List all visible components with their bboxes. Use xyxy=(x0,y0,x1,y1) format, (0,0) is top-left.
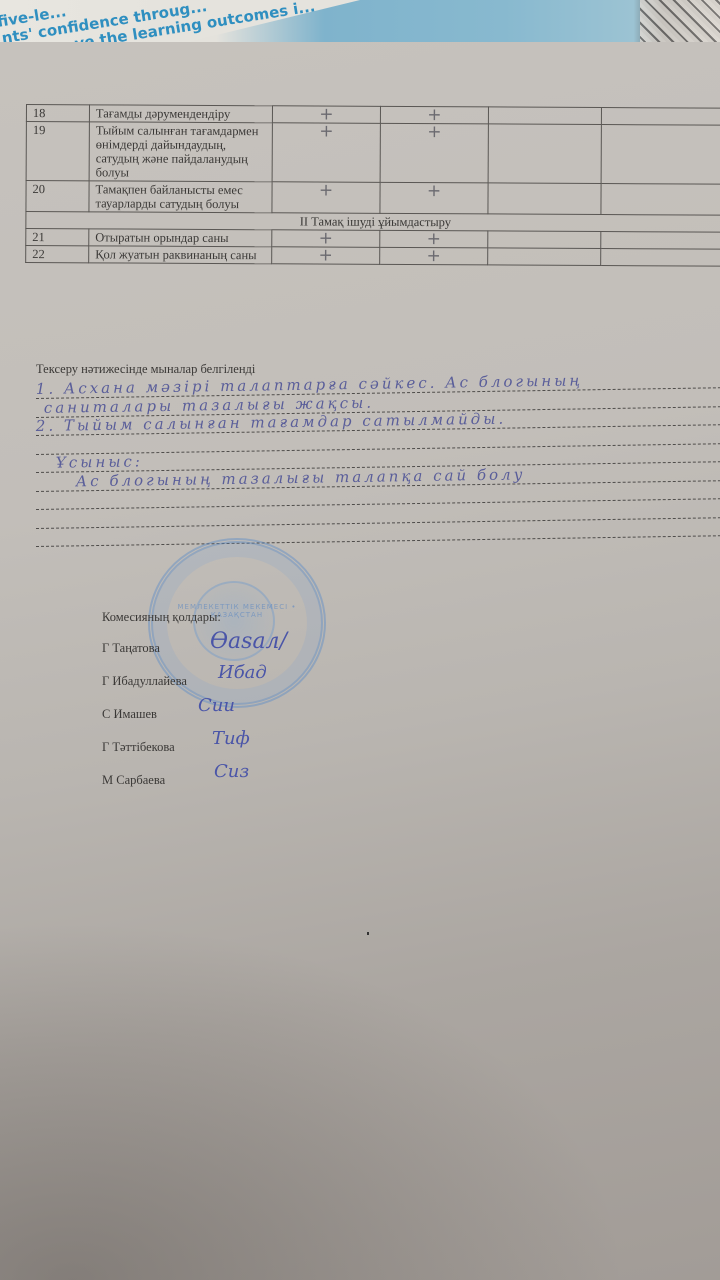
findings-lines: 1. Асхана мәзірі талаптарға сәйкес. Ас б… xyxy=(36,380,720,547)
signer-name: Г Ибадуллайева xyxy=(102,674,187,688)
table-row: 22 Қол жуатын раквинаның саны + + xyxy=(26,246,720,267)
shadow xyxy=(0,860,720,1280)
handwritten-text: Ұсыныс: xyxy=(56,452,143,471)
table-row: 20 Тамақпен байланысты емес тауарларды с… xyxy=(26,181,720,216)
row-number: 20 xyxy=(26,181,89,212)
background-poster: five-le... nts' confidence throug... ...… xyxy=(0,0,720,44)
signature: Тиф xyxy=(212,728,250,749)
signer-row: Г Таңатова Ѳаѕал/ xyxy=(102,641,221,674)
signer-row: Г Тәттібекова Тиф xyxy=(102,740,221,773)
row-number: 21 xyxy=(26,229,89,246)
row-criterion: Тағамды дәрумендендіру xyxy=(89,105,272,123)
empty-cell xyxy=(488,231,601,249)
empty-cell xyxy=(601,249,720,267)
mark-cell: + xyxy=(272,123,380,183)
mark-cell: + xyxy=(380,247,488,265)
signer-row: С Имашев Сии xyxy=(102,707,221,740)
findings-label: Тексеру нәтижесінде мыналар белгіленді xyxy=(36,362,255,377)
signer-name: Г Тәттібекова xyxy=(102,740,175,754)
empty-cell xyxy=(601,232,720,250)
row-criterion: Тамақпен байланысты емес тауарларды сату… xyxy=(89,181,272,213)
mark-cell: + xyxy=(380,182,488,214)
lace-fabric xyxy=(640,0,720,44)
row-criterion: Тыйым салынған тағамдармен өнімдерді дай… xyxy=(89,122,272,182)
empty-cell xyxy=(488,183,601,215)
row-number: 18 xyxy=(26,105,89,122)
table-row: 19 Тыйым салынған тағамдармен өнімдерді … xyxy=(26,122,720,185)
row-number: 22 xyxy=(26,246,89,263)
row-number: 19 xyxy=(26,122,89,181)
signer-row: М Сарбаева Сиз xyxy=(102,773,221,806)
signature: Сии xyxy=(198,695,235,716)
signature: Ибад xyxy=(218,662,267,683)
empty-cell xyxy=(488,124,601,184)
row-criterion: Қол жуатын раквинаның саны xyxy=(89,246,272,264)
commission-title: Комесияның қолдары: xyxy=(102,610,221,625)
signer-name: Г Таңатова xyxy=(102,641,160,655)
signer-name: М Сарбаева xyxy=(102,773,165,787)
empty-cell xyxy=(488,107,601,125)
empty-cell xyxy=(601,184,720,216)
signature: Ѳаѕал/ xyxy=(210,629,287,654)
mark-cell: + xyxy=(380,123,488,183)
empty-cell xyxy=(488,248,601,266)
speck xyxy=(367,932,369,935)
signature: Сиз xyxy=(214,761,249,782)
mark-cell: + xyxy=(272,182,380,214)
row-criterion: Отыратын орындар саны xyxy=(89,229,272,247)
commission-signatures: Комесияның қолдары: Г Таңатова Ѳаѕал/ Г … xyxy=(102,610,221,806)
mark-cell: + xyxy=(272,247,380,265)
empty-cell xyxy=(601,108,720,126)
empty-cell xyxy=(601,125,720,185)
signer-name: С Имашев xyxy=(102,707,157,721)
inspection-table: 18 Тағамды дәрумендендіру + + 19 Тыйым с… xyxy=(25,104,720,267)
